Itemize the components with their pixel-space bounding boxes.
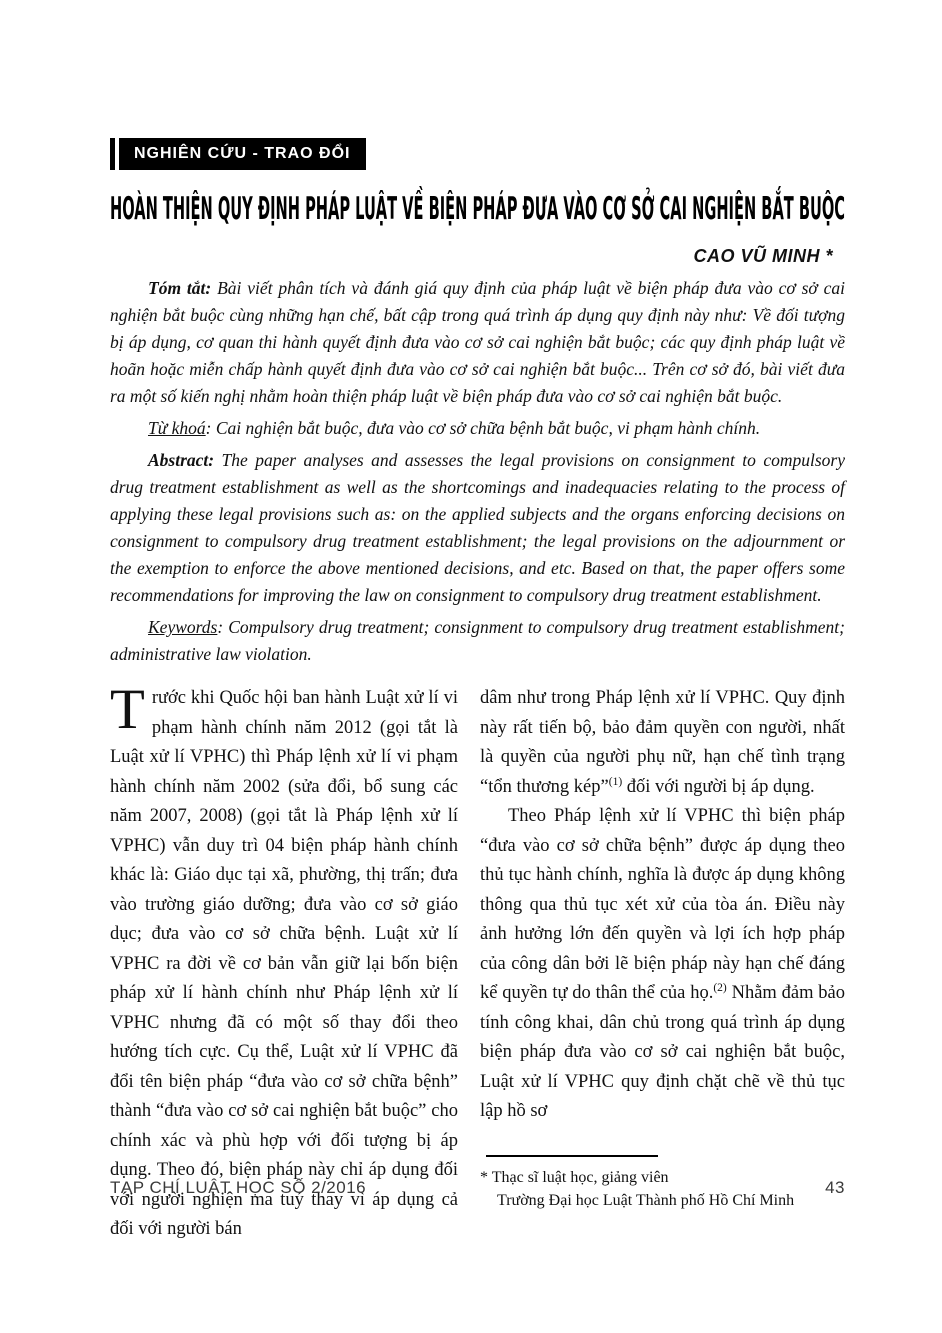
journal-name: TẠP CHÍ LUẬT HỌC SỐ 2/2016 [110, 1178, 366, 1198]
section-badge-label: NGHIÊN CỨU - TRAO ĐỔI [134, 145, 351, 163]
abstract-vi-text: Bài viết phân tích và đánh giá quy định … [110, 278, 845, 406]
section-badge-box: NGHIÊN CỨU - TRAO ĐỔI [119, 138, 366, 170]
footnote-ref-2: (2) [713, 982, 726, 994]
keywords-vi-label: Từ khoá [148, 418, 206, 438]
left-column: Trước khi Quốc hội ban hành Luật xử lí v… [110, 684, 458, 1245]
author-line: CAO VŨ MINH * [110, 246, 845, 267]
right-p2-text: Theo Pháp lệnh xử lí VPHC thì biện pháp … [480, 806, 845, 1003]
body-columns: Trước khi Quốc hội ban hành Luật xử lí v… [110, 684, 845, 1245]
page-footer: TẠP CHÍ LUẬT HỌC SỐ 2/2016 43 [110, 1178, 845, 1198]
footnote-rule [486, 1155, 658, 1157]
left-column-paragraph: Trước khi Quốc hội ban hành Luật xử lí v… [110, 684, 458, 1245]
keywords-vi-paragraph: Từ khoá: Cai nghiện bắt buộc, đưa vào cơ… [110, 415, 845, 442]
page-number: 43 [825, 1178, 845, 1198]
right-column-paragraph-2: Theo Pháp lệnh xử lí VPHC thì biện pháp … [480, 802, 845, 1127]
author-name: CAO VŨ MINH * [693, 246, 833, 266]
article-title: HOÀN THIỆN QUY ĐỊNH PHÁP LUẬT VỀ BIỆN PH… [110, 187, 845, 227]
badge-left-bar [110, 138, 115, 170]
abstract-vi-label: Tóm tắt: [148, 278, 211, 298]
abstract-en-text: The paper analyses and assesses the lega… [110, 450, 845, 605]
dropcap: T [110, 684, 152, 733]
abstract-section: Tóm tắt: Bài viết phân tích và đánh giá … [110, 275, 845, 668]
section-badge: NGHIÊN CỨU - TRAO ĐỔI [110, 138, 845, 170]
keywords-vi-text: Cai nghiện bắt buộc, đưa vào cơ sở chữa … [212, 418, 761, 438]
article-title-block: HOÀN THIỆN QUY ĐỊNH PHÁP LUẬT VỀ BIỆN PH… [110, 186, 845, 230]
left-column-text: rước khi Quốc hội ban hành Luật xử lí vi… [110, 688, 458, 1239]
right-column-paragraph-1: dâm như trong Pháp lệnh xử lí VPHC. Quy … [480, 684, 845, 802]
right-p1-text-after: đối với người bị áp dụng. [622, 777, 815, 797]
abstract-en-label: Abstract: [148, 450, 214, 470]
page-content: NGHIÊN CỨU - TRAO ĐỔI HOÀN THIỆN QUY ĐỊN… [110, 138, 845, 1245]
right-p2-text-after: Nhằm đảm bảo tính công khai, dân chủ tro… [480, 983, 845, 1121]
keywords-en-paragraph: Keywords: Compulsory drug treatment; con… [110, 614, 845, 668]
keywords-en-label: Keywords [148, 617, 217, 637]
right-column: dâm như trong Pháp lệnh xử lí VPHC. Quy … [480, 684, 845, 1245]
journal-page: NGHIÊN CỨU - TRAO ĐỔI HOÀN THIỆN QUY ĐỊN… [0, 0, 942, 1333]
footnote-ref-1: (1) [609, 775, 622, 787]
abstract-vi-paragraph: Tóm tắt: Bài viết phân tích và đánh giá … [110, 275, 845, 410]
abstract-en-paragraph: Abstract: The paper analyses and assesse… [110, 447, 845, 609]
